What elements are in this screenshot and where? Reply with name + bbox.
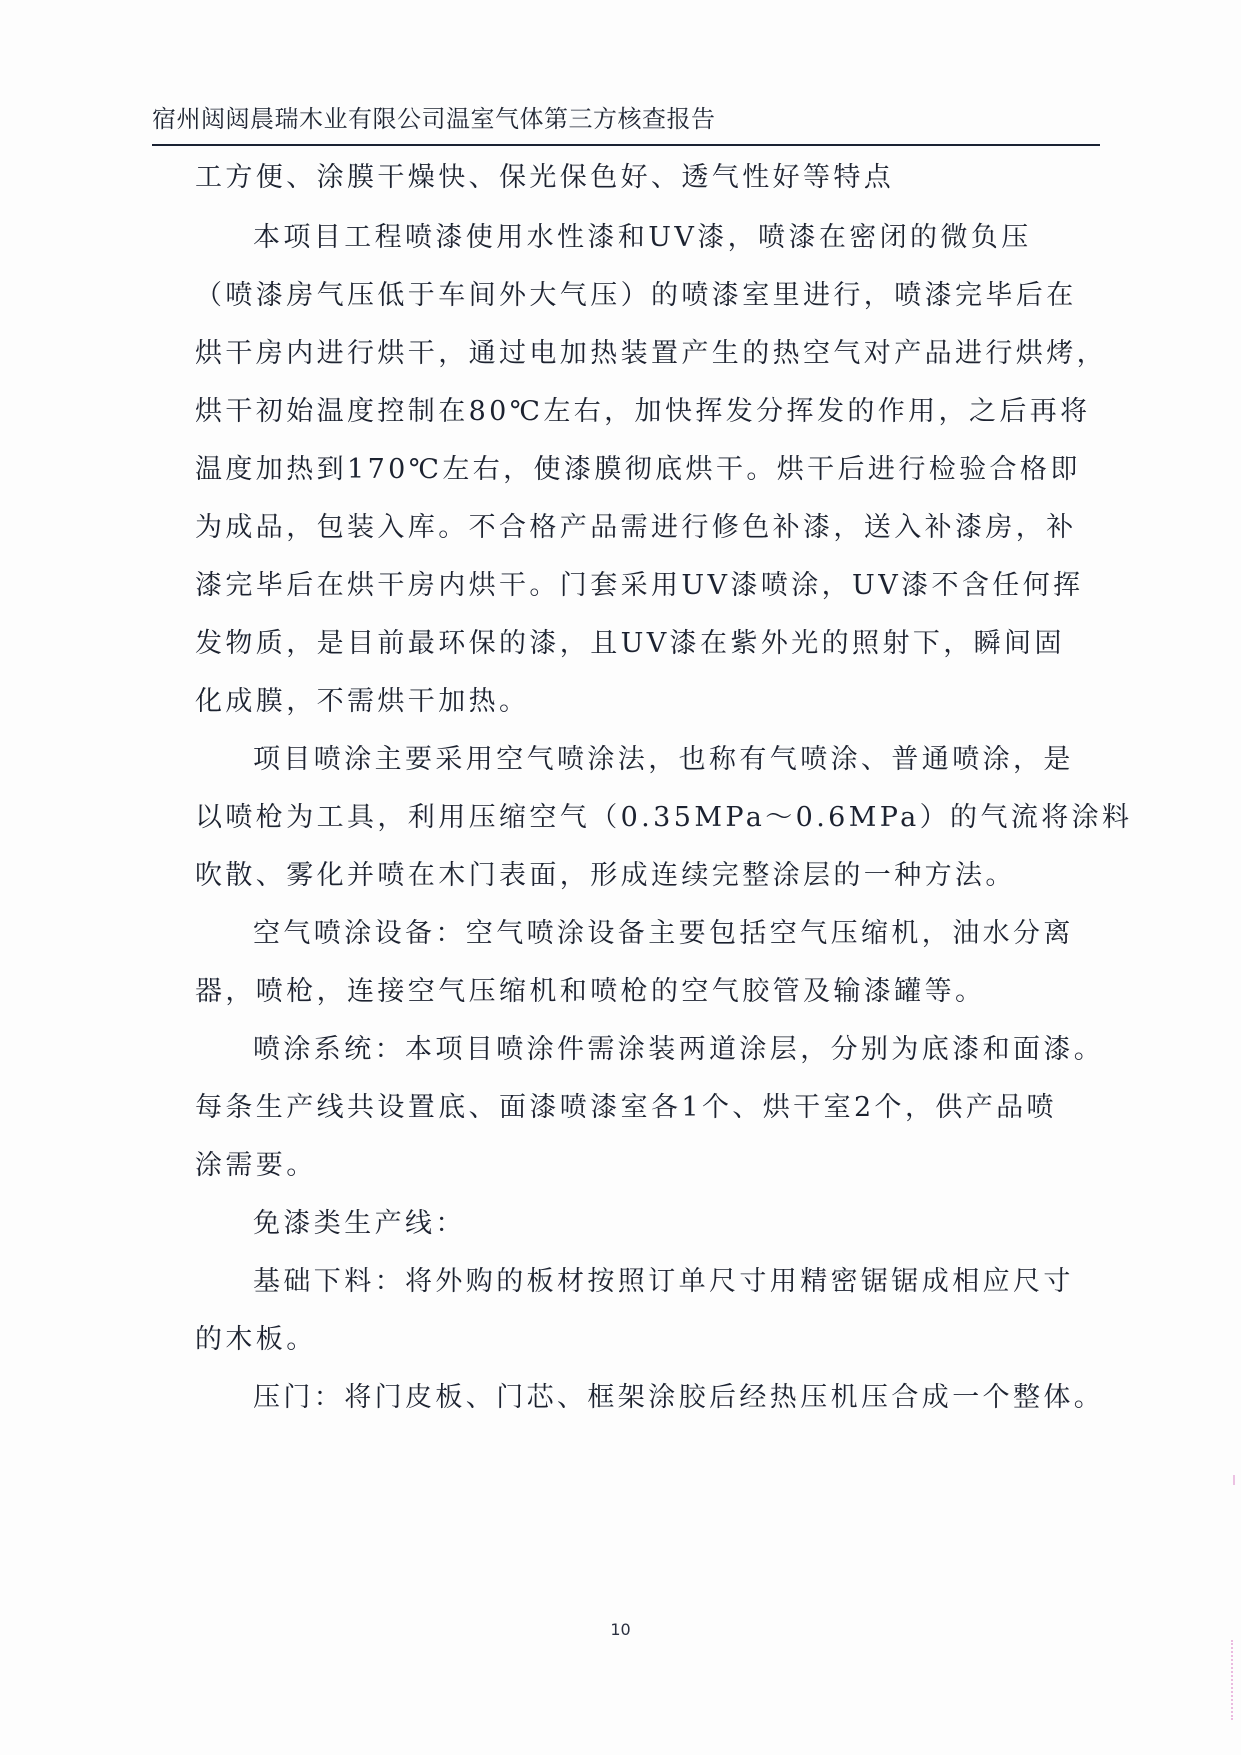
text-line: 漆完毕后在烘干房内烘干。门套采用UV漆喷涂，UV漆不含任何挥 — [195, 566, 1084, 606]
text-line: 以喷枪为工具，利用压缩空气（0.35MPa～0.6MPa）的气流将涂料 — [195, 798, 1132, 838]
text-line: 温度加热到170℃左右，使漆膜彻底烘干。烘干后进行检验合格即 — [195, 450, 1081, 490]
document-page: 宿州闼闼晨瑞木业有限公司温室气体第三方核查报告 工方便、涂膜干燥快、保光保色好、… — [0, 0, 1241, 1755]
text-line: 发物质，是目前最环保的漆，且UV漆在紫外光的照射下，瞬间固 — [195, 624, 1065, 664]
text-line: 器，喷枪，连接空气压缩机和喷枪的空气胶管及输漆罐等。 — [195, 972, 985, 1012]
text-line: 涂需要。 — [195, 1146, 317, 1186]
text-line: 项目喷涂主要采用空气喷涂法，也称有气喷涂、普通喷涂，是 — [253, 740, 1074, 780]
text-line: 压门：将门皮板、门芯、框架涂胶后经热压机压合成一个整体。 — [253, 1378, 1104, 1418]
text-line: 本项目工程喷漆使用水性漆和UV漆，喷漆在密闭的微负压 — [253, 218, 1032, 258]
text-line: 免漆类生产线： — [253, 1204, 466, 1244]
text-line: 为成品，包装入库。不合格产品需进行修色补漆，送入补漆房，补 — [195, 508, 1077, 548]
text-line: 基础下料：将外购的板材按照订单尺寸用精密锯锯成相应尺寸 — [253, 1262, 1074, 1302]
text-line: 化成膜，不需烘干加热。 — [195, 682, 529, 722]
text-line: 烘干房内进行烘干，通过电加热装置产生的热空气对产品进行烘烤， — [195, 334, 1107, 374]
seal-stamp-mark — [1231, 1640, 1241, 1720]
text-line: 空气喷涂设备：空气喷涂设备主要包括空气压缩机，油水分离 — [253, 914, 1074, 954]
header-divider — [152, 144, 1100, 146]
text-line: （喷漆房气压低于车间外大气压）的喷漆室里进行，喷漆完毕后在 — [195, 276, 1077, 316]
text-line: 的木板。 — [195, 1320, 317, 1360]
text-line: 每条生产线共设置底、面漆喷漆室各1个、烘干室2个，供产品喷 — [195, 1088, 1057, 1128]
seal-stamp-mark — [1233, 1475, 1241, 1485]
text-line: 工方便、涂膜干燥快、保光保色好、透气性好等特点 — [195, 158, 894, 198]
text-line: 喷涂系统：本项目喷涂件需涂装两道涂层，分别为底漆和面漆。 — [253, 1030, 1104, 1070]
page-number: 10 — [0, 1620, 1241, 1639]
page-header-title: 宿州闼闼晨瑞木业有限公司温室气体第三方核查报告 — [152, 103, 716, 135]
text-line: 吹散、雾化并喷在木门表面，形成连续完整涂层的一种方法。 — [195, 856, 1016, 896]
text-line: 烘干初始温度控制在80℃左右，加快挥发分挥发的作用，之后再将 — [195, 392, 1091, 432]
